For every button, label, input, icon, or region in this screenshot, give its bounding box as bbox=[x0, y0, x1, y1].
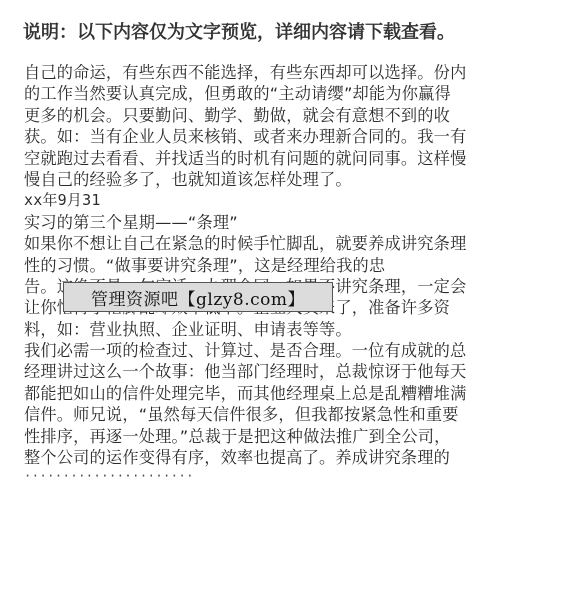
paragraph-line: 慢自己的经验多了，也就知道该怎样处理了。 bbox=[24, 169, 554, 190]
paragraph-line: 性的习惯。“做事要讲究条理”，这是经理给我的忠 bbox=[24, 255, 554, 276]
paragraph-line: 性排序，再逐一处理。”总裁于是把这种做法推广到全公司， bbox=[24, 426, 554, 447]
truncation-ellipsis: ······················ bbox=[24, 468, 554, 489]
paragraph-line: 整个公司的运作变得有序，效率也提高了。养成讲究条理的 bbox=[24, 447, 554, 468]
paragraph-line: 空就跑过去看看、并找适当的时机有问题的就问同事。这样慢 bbox=[24, 148, 554, 169]
section-heading: 实习的第三个星期——“条理” bbox=[24, 212, 554, 233]
paragraph-line: 经理讲过这么一个故事：他当部门经理时，总裁惊讶于他每天 bbox=[24, 361, 554, 382]
document-body: 自己的命运，有些东西不能选择，有些东西却可以选择。份内 的工作当然要认真完成，但… bbox=[24, 62, 554, 489]
paragraph-line: 都能把如山的信件处理完毕，而其他经理桌上总是乱糟糟堆满 bbox=[24, 383, 554, 404]
paragraph-line: 我们必需一项的检查过、计算过、是否合理。一位有成就的总 bbox=[24, 340, 554, 361]
paragraph-line: 信件。师兄说，“虽然每天信件很多，但我都按紧急性和重要 bbox=[24, 404, 554, 425]
paragraph-line: 获。如：当有企业人员来核销、或者来办理新合同的。我一有 bbox=[24, 126, 554, 147]
paragraph-line: 更多的机会。只要勤问、勤学、勤做，就会有意想不到的收 bbox=[24, 105, 554, 126]
paragraph-line: 自己的命运，有些东西不能选择，有些东西却可以选择。份内 bbox=[24, 62, 554, 83]
date-line: xx年9月31 bbox=[24, 190, 554, 211]
paragraph-line: 料，如：营业执照、企业证明、申请表等等。 bbox=[24, 319, 554, 340]
paragraph-line: 的工作当然要认真完成，但勇敢的“主动请缨”却能为你赢得 bbox=[24, 83, 554, 104]
preview-notice: 说明：以下内容仅为文字预览，详细内容请下载查看。 bbox=[23, 18, 455, 44]
paragraph-line: 如果你不想让自己在紧急的时候手忙脚乱，就要养成讲究条理 bbox=[24, 233, 554, 254]
watermark-banner: 管理资源吧【glzy8.com】 bbox=[63, 282, 333, 312]
